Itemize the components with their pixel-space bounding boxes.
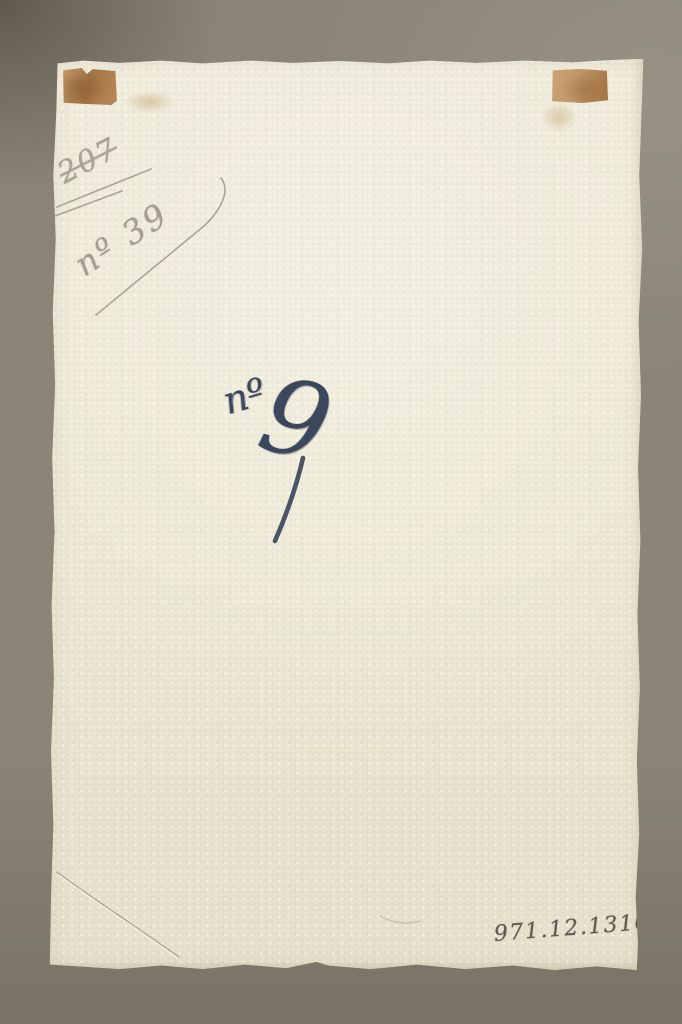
adhesive-stain-top-left	[118, 88, 182, 116]
photo-background: 207 nº 39 nº 9 971.12.1316	[0, 0, 682, 1024]
inscription-accession-number: 971.12.1316	[493, 910, 651, 947]
inscription-numero-9-digit: 9	[248, 352, 343, 487]
inscription-numero-9-prefix: nº	[218, 369, 271, 423]
inscription-numero-39: nº 39	[67, 194, 176, 283]
paper-verso: 207 nº 39 nº 9 971.12.1316	[48, 56, 644, 971]
paper-edge-shading	[48, 56, 644, 971]
adhesive-stain-top-right	[536, 98, 582, 136]
tape-remnant-top-left	[62, 68, 117, 105]
inscription-crossed-number: 207	[52, 131, 124, 191]
